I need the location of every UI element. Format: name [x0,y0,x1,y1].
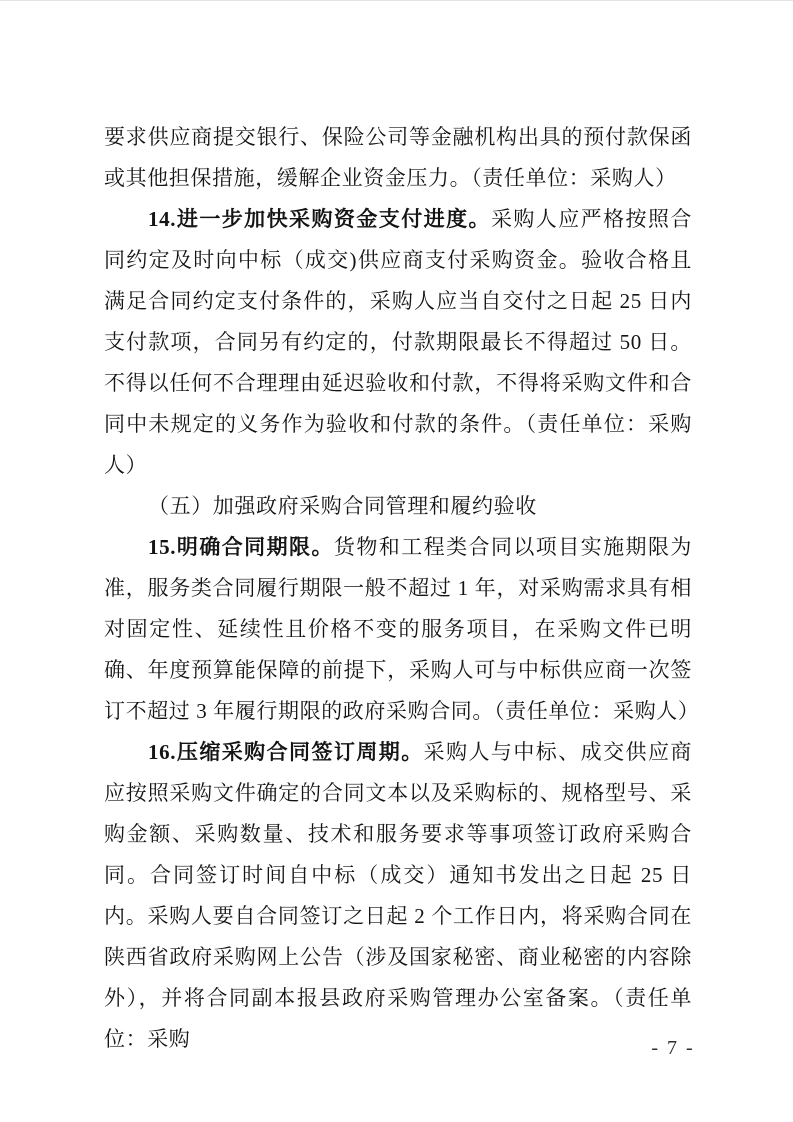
paragraph-item-14: 14.进一步加快采购资金支付进度。采购人应严格按照合同约定及时向中标（成交)供应… [104,199,692,486]
document-page: 要求供应商提交银行、保险公司等金融机构出具的预付款保函或其他担保措施，缓解企业资… [0,0,793,1122]
paragraph-item-16: 16.压缩采购合同签订周期。采购人与中标、成交供应商应按照采购文件确定的合同文本… [104,732,692,1060]
paragraph-continuation-text: 要求供应商提交银行、保险公司等金融机构出具的预付款保函或其他担保措施，缓解企业资… [104,125,692,190]
paragraph-item-15: 15.明确合同期限。货物和工程类合同以项目实施期限为准，服务类合同履行期限一般不… [104,527,692,732]
item-14-heading: 14.进一步加快采购资金支付进度。 [148,207,491,231]
document-body: 要求供应商提交银行、保险公司等金融机构出具的预付款保函或其他担保措施，缓解企业资… [104,117,692,1060]
item-16-heading: 16.压缩采购合同签订周期。 [148,740,424,764]
item-15-body-text: 货物和工程类合同以项目实施期限为准，服务类合同履行期限一般不超过 1 年，对采购… [104,535,700,723]
item-14-body-text: 采购人应严格按照合同约定及时向中标（成交)供应商支付采购资金。验收合格且满足合同… [104,207,692,477]
item-15-heading: 15.明确合同期限。 [148,535,334,559]
page-top-edge-line [0,0,793,1]
section-heading-5: （五）加强政府采购合同管理和履约验收 [104,486,692,527]
section-heading-5-text: （五）加强政府采购合同管理和履约验收 [148,494,537,518]
item-16-body-text: 采购人与中标、成交供应商应按照采购文件确定的合同文本以及采购标的、规格型号、采购… [104,740,692,1051]
page-number: - 7 - [643,1036,703,1060]
paragraph-continuation: 要求供应商提交银行、保险公司等金融机构出具的预付款保函或其他担保措施，缓解企业资… [104,117,692,199]
